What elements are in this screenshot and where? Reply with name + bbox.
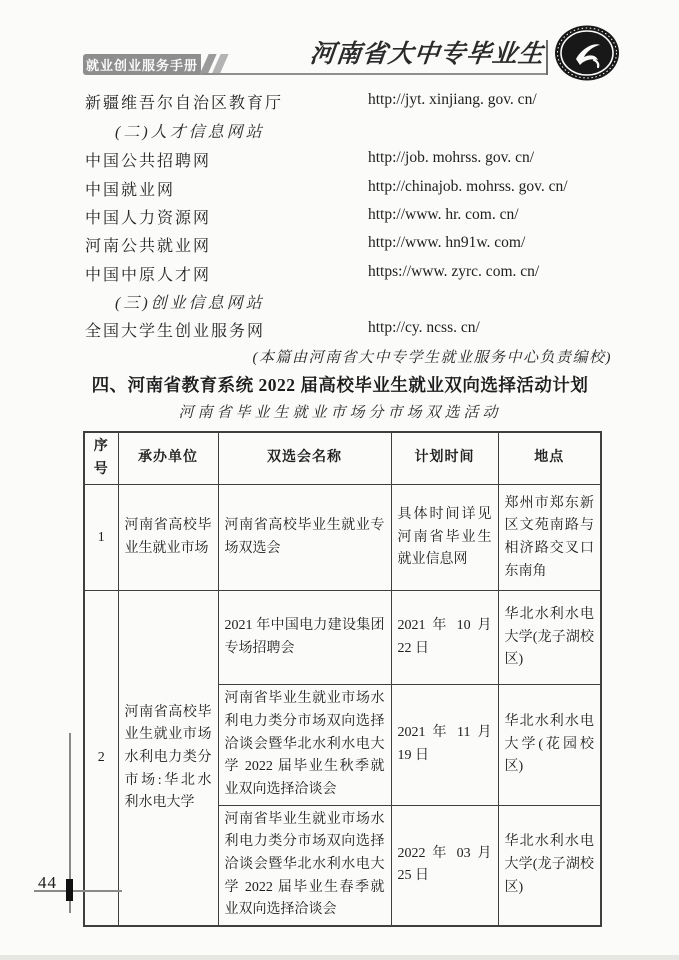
directory-entry: 全国大学生创业服务网 http://cy. ncss. cn/: [85, 318, 612, 340]
handbook-title-badge: 就业创业服务手册: [83, 54, 201, 75]
site-name: 中国中原人才网: [85, 267, 211, 284]
site-url: http://www. hn91w. com/: [368, 234, 525, 252]
event-name-cell: 2021 年中国电力建设集团专场招聘会: [218, 591, 391, 685]
planned-time-cell: 2021 年 11 月 19 日: [391, 685, 498, 805]
site-url: http://chinajob. mohrss. gov. cn/: [368, 178, 568, 196]
location-cell: 华北水利水电大学(龙子湖校区): [498, 805, 601, 926]
planned-time-cell: 具体时间详见河南省毕业生就业信息网: [391, 485, 498, 591]
row-number: 2: [84, 591, 118, 926]
location-cell: 华北水利水电大学(花园校区): [498, 685, 601, 805]
directory-subheading: (三)创业信息网站: [115, 290, 642, 312]
site-url: http://cy. ncss. cn/: [368, 319, 480, 337]
location-cell: 华北水利水电大学(龙子湖校区): [498, 591, 601, 685]
location-cell: 郑州市郑东新区文苑南路与相济路交叉口东南角: [498, 485, 601, 591]
subheading-label: (二)人才信息网站: [115, 124, 265, 141]
directory-entry: 中国就业网 http://chinajob. mohrss. gov. cn/: [85, 177, 612, 199]
col-header-event-name: 双选会名称: [218, 432, 391, 485]
table-row: 1 河南省高校毕业生就业市场 河南省高校毕业生就业专场双选会 具体时间详见河南省…: [84, 485, 601, 591]
col-header-no: 序号: [84, 432, 118, 485]
table-row: 2 河南省高校毕业生就业市场水利电力类分市场:华北水利水电大学 2021 年中国…: [84, 591, 601, 685]
planned-time-cell: 2022 年 03 月 25 日: [391, 805, 498, 926]
site-url: http://job. mohrss. gov. cn/: [368, 149, 534, 167]
header-rule: [201, 73, 547, 75]
job-fair-schedule-table: 序号 承办单位 双选会名称 计划时间 地点 1 河南省高校毕业生就业市场 河南省…: [83, 431, 600, 927]
brand-calligraphy-title: 河南省大中专毕业生: [298, 38, 546, 72]
header-rule-end-tick: [546, 40, 548, 75]
col-header-location: 地点: [498, 432, 601, 485]
event-name-cell: 河南省毕业生就业市场水利电力类分市场双向选择洽谈会暨华北水利水电大学 2022 …: [218, 805, 391, 926]
site-url: https://www. zyrc. com. cn/: [368, 263, 539, 281]
directory-subheading: (二)人才信息网站: [115, 119, 642, 141]
row-number: 1: [84, 485, 118, 591]
directory-entry: 河南公共就业网 http://www. hn91w. com/: [85, 233, 612, 255]
editor-credit-note: (本篇由河南省大中专学生就业服务中心负责编校): [85, 346, 612, 367]
section-title: 四、河南省教育系统 2022 届高校毕业生就业双向选择活动计划: [60, 372, 620, 397]
emblem-logo-icon: [554, 24, 620, 82]
organizer-cell: 河南省高校毕业生就业市场水利电力类分市场:华北水利水电大学: [118, 591, 218, 926]
directory-entry: 中国公共招聘网 http://job. mohrss. gov. cn/: [85, 148, 612, 170]
site-name: 中国公共招聘网: [85, 153, 211, 170]
event-name-cell: 河南省高校毕业生就业专场双选会: [218, 485, 391, 591]
directory-entry: 中国人力资源网 http://www. hr. com. cn/: [85, 205, 612, 227]
scan-edge-shadow: [0, 955, 679, 960]
event-name-cell: 河南省毕业生就业市场水利电力类分市场双向选择洽谈会暨华北水利水电大学 2022 …: [218, 685, 391, 805]
page-edge-marker: [66, 879, 73, 901]
site-name: 全国大学生创业服务网: [85, 323, 265, 340]
site-name: 新疆维吾尔自治区教育厅: [85, 95, 283, 112]
directory-entry: 中国中原人才网 https://www. zyrc. com. cn/: [85, 262, 612, 284]
planned-time-cell: 2021 年 10 月 22 日: [391, 591, 498, 685]
site-url: http://www. hr. com. cn/: [368, 206, 519, 224]
table-header-row: 序号 承办单位 双选会名称 计划时间 地点: [84, 432, 601, 485]
organizer-cell: 河南省高校毕业生就业市场: [118, 485, 218, 591]
page-number: 44: [38, 873, 57, 893]
site-name: 河南公共就业网: [85, 238, 211, 255]
col-header-planned-time: 计划时间: [391, 432, 498, 485]
handbook-title-label: 就业创业服务手册: [86, 55, 198, 74]
section-subtitle: 河南省毕业生就业市场分市场双选活动: [60, 401, 620, 422]
site-name: 中国就业网: [85, 182, 175, 199]
subheading-label: (三)创业信息网站: [115, 295, 265, 312]
col-header-organizer: 承办单位: [118, 432, 218, 485]
site-name: 中国人力资源网: [85, 210, 211, 227]
directory-entry: 新疆维吾尔自治区教育厅 http://jyt. xinjiang. gov. c…: [85, 90, 612, 112]
scanned-handbook-page: 就业创业服务手册 河南省大中专毕业生 新疆维吾尔自治区教育厅 http://jy…: [0, 0, 679, 960]
site-url: http://jyt. xinjiang. gov. cn/: [368, 91, 537, 109]
